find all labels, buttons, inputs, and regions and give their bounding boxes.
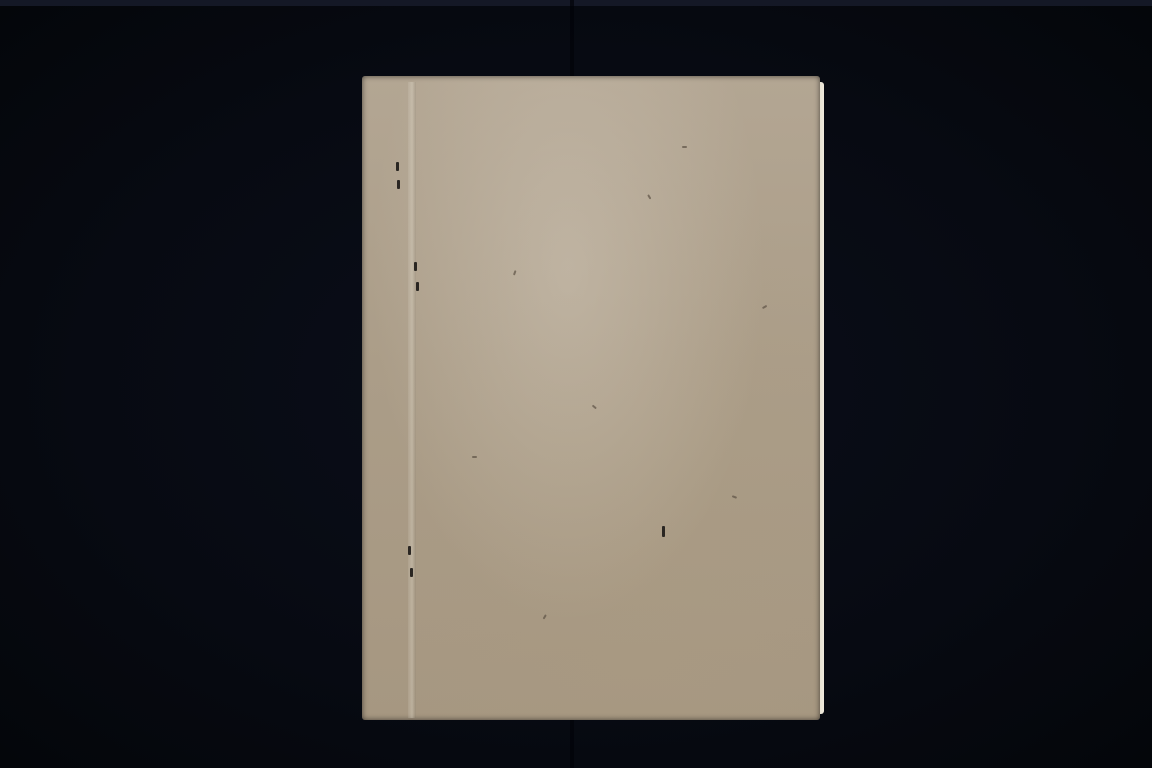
- paper-fleck: [592, 405, 597, 409]
- binding-stitch: [396, 162, 399, 171]
- booklet: [362, 72, 830, 720]
- top-edge: [0, 0, 1152, 6]
- binding-stitch: [414, 262, 417, 271]
- booklet-cover: [362, 76, 820, 720]
- paper-fleck: [648, 194, 652, 199]
- binding-stitch: [408, 546, 411, 555]
- paper-fleck: [513, 270, 516, 275]
- spine-fold: [408, 82, 416, 718]
- paper-fleck: [543, 614, 547, 619]
- binding-stitch: [397, 180, 400, 189]
- binding-stitch: [416, 282, 419, 291]
- paper-fleck: [682, 146, 687, 148]
- paper-fleck: [762, 305, 767, 309]
- paper-fleck: [472, 456, 477, 458]
- paper-fleck: [732, 495, 737, 498]
- paper-fleck: [662, 526, 665, 537]
- binding-stitch: [410, 568, 413, 577]
